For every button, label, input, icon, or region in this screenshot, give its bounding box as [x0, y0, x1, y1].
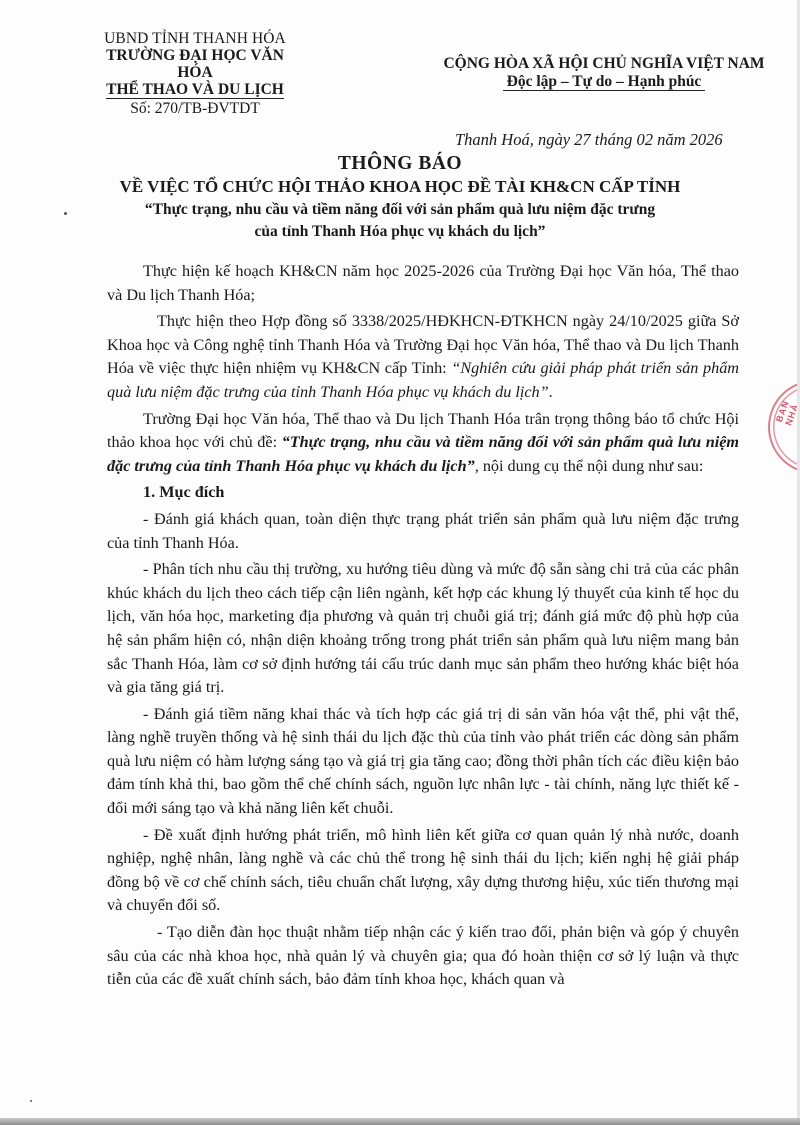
- official-seal-stamp: [768, 380, 800, 474]
- purpose-item: - Đánh giá tiềm năng khai thác và tích h…: [107, 703, 739, 821]
- paragraph-3: Trường Đại học Văn hóa, Thể thao và Du l…: [107, 408, 739, 479]
- national-motto: Độc lập – Tự do – Hạnh phúc: [503, 74, 706, 91]
- purpose-item: - Đánh giá khách quan, toàn diện thực tr…: [107, 508, 739, 555]
- title-block: THÔNG BÁO VỀ VIỆC TỔ CHỨC HỘI THẢO KHOA …: [100, 152, 700, 242]
- purpose-item: - Tạo diễn đàn học thuật nhằm tiếp nhận …: [107, 921, 739, 992]
- document-body: Thực hiện kế hoạch KH&CN năm học 2025-20…: [107, 260, 739, 995]
- document-page: UBND TỈNH THANH HÓA TRƯỜNG ĐẠI HỌC VĂN H…: [0, 0, 800, 1118]
- topic-line-1: “Thực trạng, nhu cầu và tiềm năng đối vớ…: [100, 200, 700, 220]
- parent-organization: UBND TỈNH THANH HÓA: [100, 30, 290, 47]
- national-title: CỘNG HÒA XÃ HỘI CHỦ NGHĨA VIỆT NAM: [418, 55, 790, 73]
- organization-name-line1: TRƯỜNG ĐẠI HỌC VĂN HÓA: [100, 47, 290, 81]
- document-subtitle: VỀ VIỆC TỔ CHỨC HỘI THẢO KHOA HỌC ĐỀ TÀI…: [80, 176, 720, 198]
- purpose-item: - Phân tích nhu cầu thị trường, xu hướng…: [107, 558, 739, 700]
- place-and-date: Thanh Hoá, ngày 27 tháng 02 năm 2026: [455, 130, 723, 150]
- scan-speck: [30, 1100, 32, 1102]
- scan-speck: [64, 212, 67, 215]
- national-header-block: CỘNG HÒA XÃ HỘI CHỦ NGHĨA VIỆT NAM Độc l…: [418, 55, 790, 91]
- section-heading-purpose: 1. Mục đích: [107, 481, 739, 505]
- document-number: Số: 270/TB-ĐVTDT: [100, 100, 290, 117]
- page-bottom-edge: [0, 1118, 800, 1125]
- issuing-organization-block: UBND TỈNH THANH HÓA TRƯỜNG ĐẠI HỌC VĂN H…: [100, 30, 290, 117]
- topic-line-2: của tỉnh Thanh Hóa phục vụ khách du lịch…: [100, 222, 700, 242]
- purpose-item: - Đề xuất định hướng phát triển, mô hình…: [107, 824, 739, 918]
- document-title: THÔNG BÁO: [100, 152, 700, 176]
- organization-name-line2: THỂ THAO VÀ DU LỊCH: [106, 82, 284, 99]
- paragraph-2-end: .: [549, 383, 553, 401]
- paragraph-3-end: , nội dung cụ thể nội dung như sau:: [475, 457, 704, 475]
- paragraph-1: Thực hiện kế hoạch KH&CN năm học 2025-20…: [107, 260, 739, 307]
- paragraph-2: Thực hiện theo Hợp đồng số 3338/2025/HĐK…: [107, 310, 739, 404]
